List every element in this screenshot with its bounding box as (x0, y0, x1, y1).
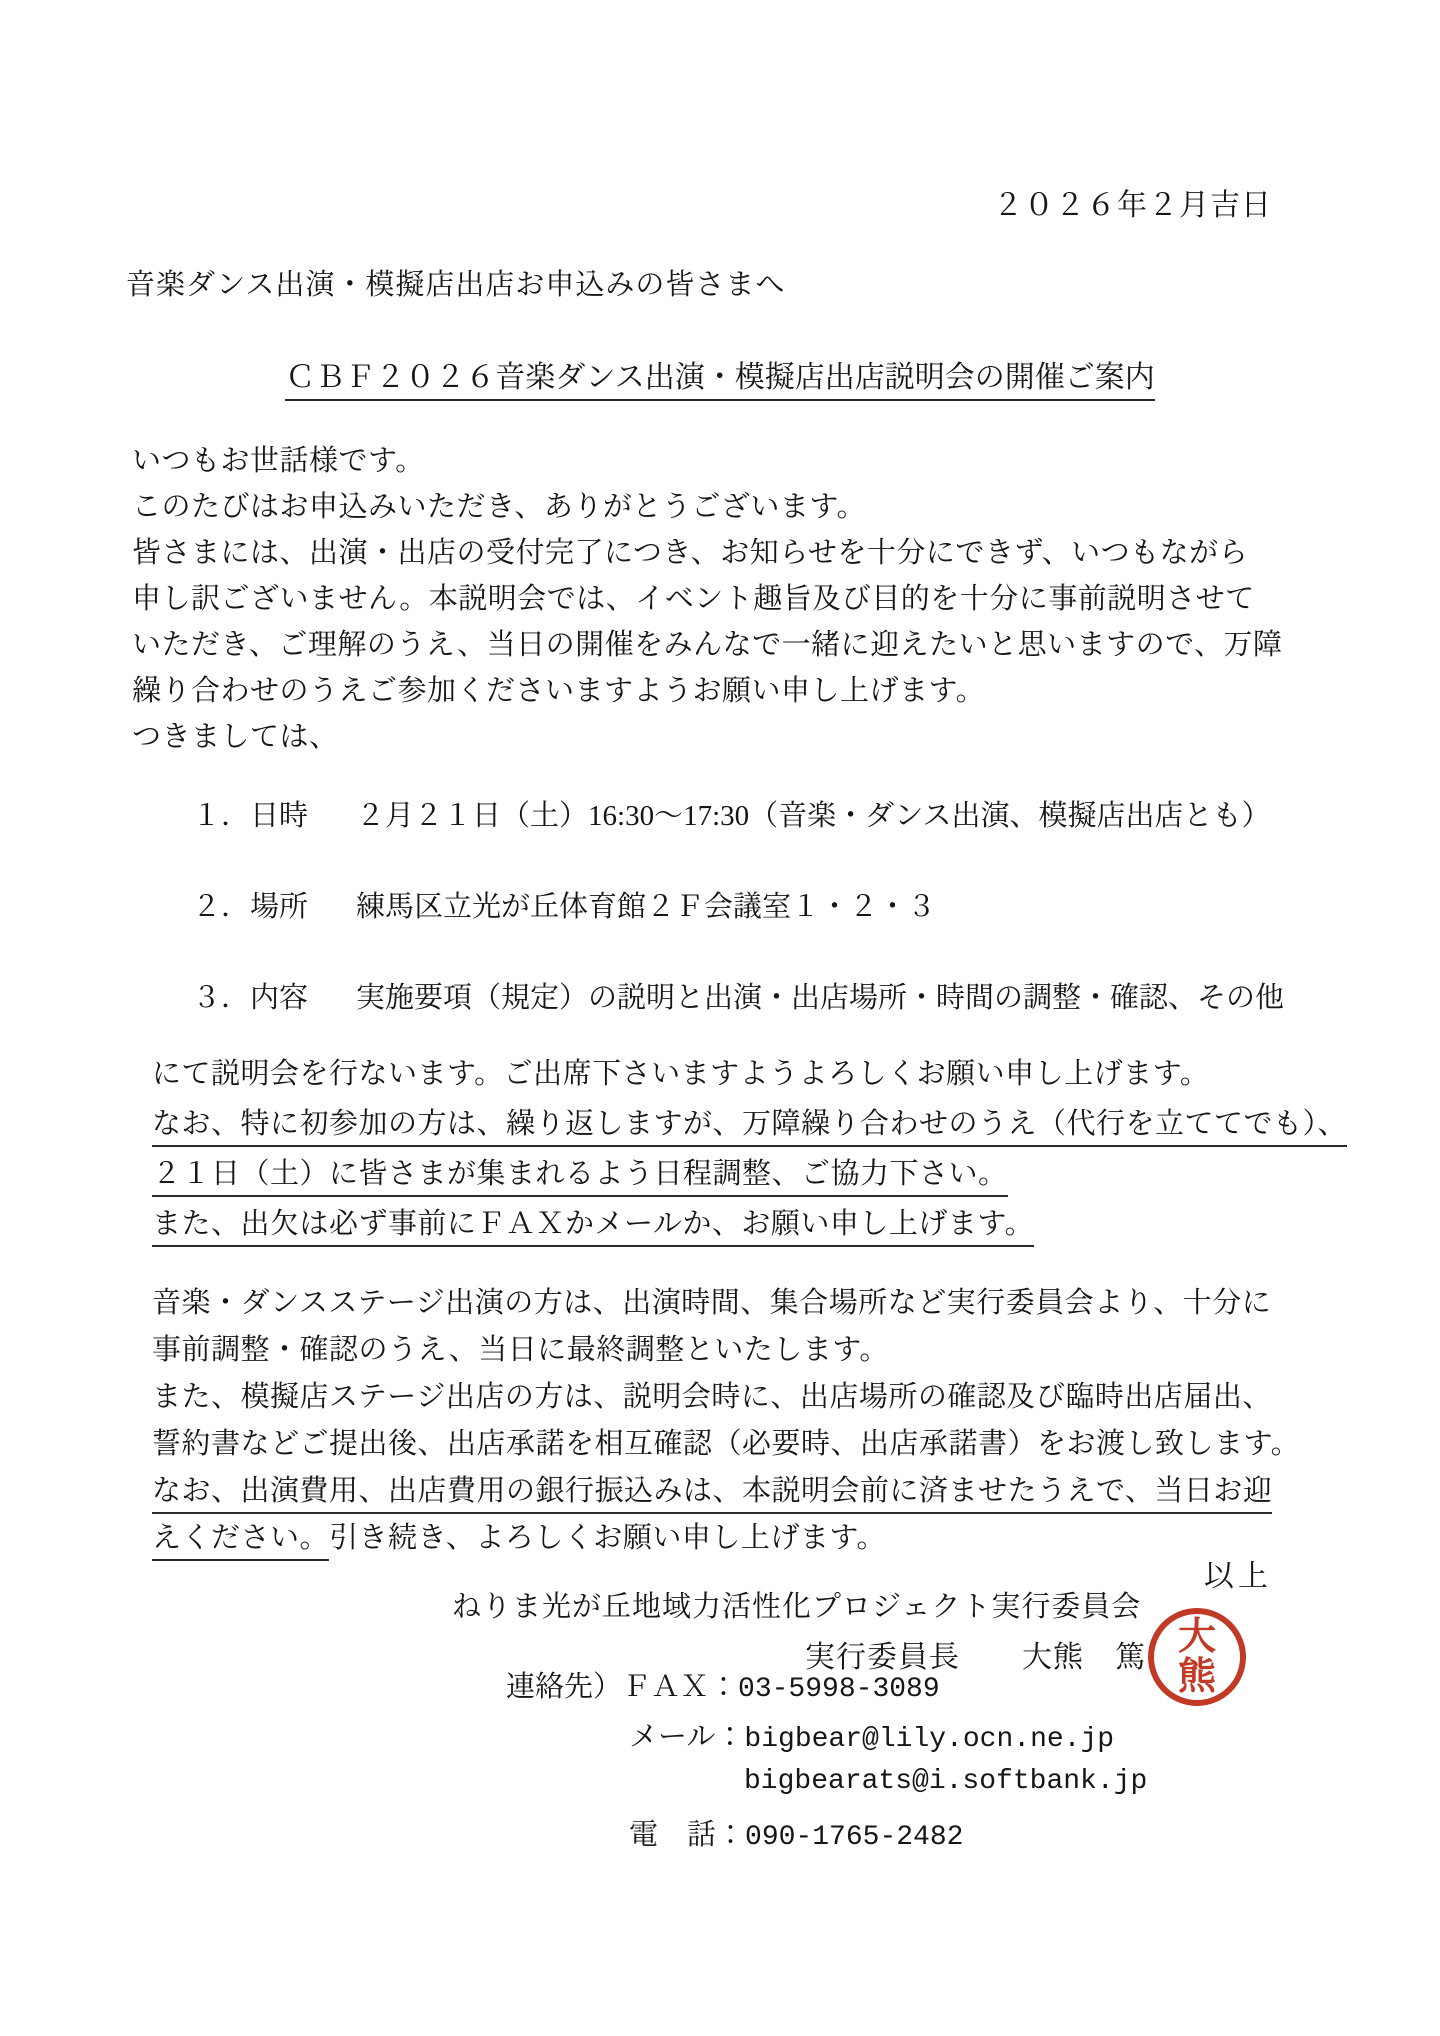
mail-address-primary: bigbear@lily.ocn.ne.jp (744, 1724, 1114, 1755)
contact-mail-line: メール：bigbear@lily.ocn.ne.jp (629, 1714, 1114, 1755)
text-line: 皆さまには、出演・出店の受付完了につき、お知らせを十分にできず、いつもながら (132, 530, 1283, 576)
text-line: 繰り合わせのうえご参加くださいますようお願い申し上げます。 (132, 668, 1283, 714)
text-line: 誓約書などご提出後、出店承諾を相互確認（必要時、出店承諾書）をお渡し致します。 (152, 1422, 1300, 1469)
text-line-underlined: ２１日（土）に皆さまが集まれるよう日程調整、ご協力下さい。 (152, 1152, 1347, 1202)
agenda-list: １．日時２月２１日（土）16:30～17:30（音楽・ダンス出演、模擬店出店とも… (192, 793, 1284, 1066)
plain-fragment: 引き続き、よろしくお願い申し上げます。 (329, 1522, 886, 1554)
agenda-item-text: 練馬区立光が丘体育館２Ｆ会議室１・２・３ (356, 891, 936, 923)
contact-fax-line: 連絡先）ＦＡＸ：03-5998-3089 (506, 1664, 940, 1705)
text-line: 音楽・ダンスステージ出演の方は、出演時間、集合場所など実行委員会より、十分に (152, 1281, 1300, 1328)
agenda-item-place: ２．場所練馬区立光が丘体育館２Ｆ会議室１・２・３ (192, 884, 1284, 930)
mail-address-secondary: bigbearats@i.softbank.jp (744, 1766, 1147, 1797)
agenda-item-label: １．日時 (192, 800, 308, 832)
document-date: ２０２６年２月吉日 (993, 180, 1272, 224)
title-row: ＣＢＦ２０２６音楽ダンス出演・模擬店出店説明会の開催ご案内 (0, 352, 1440, 396)
text-line: つきましては、 (132, 714, 1283, 760)
text-line-mixed: えください。引き続き、よろしくお願い申し上げます。 (152, 1516, 1300, 1563)
tel-number: 090-1765-2482 (745, 1822, 963, 1853)
closing-word: 以上 (1204, 1551, 1272, 1595)
text-line: 申し訳ございません。本説明会では、イベント趣旨及び目的を十分に事前説明させて (132, 576, 1283, 622)
text-line: このたびはお申込みいただき、ありがとうございます。 (132, 484, 1283, 530)
text-line: いただき、ご理解のうえ、当日の開催をみんなで一緒に迎えたいと思いますので、万障 (132, 622, 1283, 668)
notice-paragraph: にて説明会を行ないます。ご出席下さいますようよろしくお願い申し上げます。 なお、… (152, 1052, 1347, 1252)
agenda-item-label: ２．場所 (192, 891, 308, 923)
text-line-underlined: なお、特に初参加の方は、繰り返しますが、万障繰り合わせのうえ（代行を立ててでも）… (152, 1102, 1347, 1152)
agenda-item-text: 実施要項（規定）の説明と出演・出店場所・時間の調整・確認、その他 (356, 982, 1284, 1014)
intro-paragraph: いつもお世話様です。 このたびはお申込みいただき、ありがとうございます。 皆さま… (132, 438, 1283, 760)
document-title: ＣＢＦ２０２６音楽ダンス出演・模擬店出店説明会の開催ご案内 (285, 361, 1154, 401)
agenda-item-text: ２月２１日（土）16:30～17:30（音楽・ダンス出演、模擬店出店とも） (356, 800, 1271, 832)
details-paragraph: 音楽・ダンスステージ出演の方は、出演時間、集合場所など実行委員会より、十分に 事… (152, 1281, 1300, 1563)
seal-character-bottom: 熊 (1178, 1657, 1216, 1697)
tel-label: 電 話： (629, 1819, 745, 1851)
contact-mail-line-2: bigbearats@i.softbank.jp (744, 1763, 1147, 1797)
text-line: いつもお世話様です。 (132, 438, 1283, 484)
text-line-underlined: なお、出演費用、出店費用の銀行振込みは、本説明会前に済ませたうえで、当日お迎 (152, 1469, 1300, 1516)
agenda-item-datetime: １．日時２月２１日（土）16:30～17:30（音楽・ダンス出演、模擬店出店とも… (192, 793, 1284, 839)
text-line: にて説明会を行ないます。ご出席下さいますようよろしくお願い申し上げます。 (152, 1052, 1347, 1102)
document-page: ２０２６年２月吉日 音楽ダンス出演・模擬店出店お申込みの皆さまへ ＣＢＦ２０２６… (0, 0, 1440, 2036)
underlined-fragment: えください。 (152, 1522, 329, 1561)
contact-tel-line: 電 話：090-1765-2482 (629, 1812, 963, 1853)
mail-label: メール： (629, 1721, 744, 1753)
fax-number: 03-5998-3089 (738, 1674, 940, 1705)
agenda-item-label: ３．内容 (192, 982, 308, 1014)
recipient-line: 音楽ダンス出演・模擬店出店お申込みの皆さまへ (126, 262, 785, 303)
organization-name: ねりま光が丘地域力活性化プロジェクト実行委員会 (452, 1584, 1141, 1625)
text-line: 事前調整・確認のうえ、当日に最終調整といたします。 (152, 1328, 1300, 1375)
seal-character-top: 大 (1178, 1617, 1216, 1657)
seal-stamp-icon: 大 熊 (1148, 1608, 1246, 1706)
text-line: また、模擬店ステージ出店の方は、説明会時に、出店場所の確認及び臨時出店届出、 (152, 1375, 1300, 1422)
agenda-item-content: ３．内容実施要項（規定）の説明と出演・出店場所・時間の調整・確認、その他 (192, 975, 1284, 1021)
fax-label: 連絡先）ＦＡＸ： (506, 1671, 738, 1703)
text-line-underlined: また、出欠は必ず事前にＦＡＸかメールか、お願い申し上げます。 (152, 1202, 1347, 1252)
